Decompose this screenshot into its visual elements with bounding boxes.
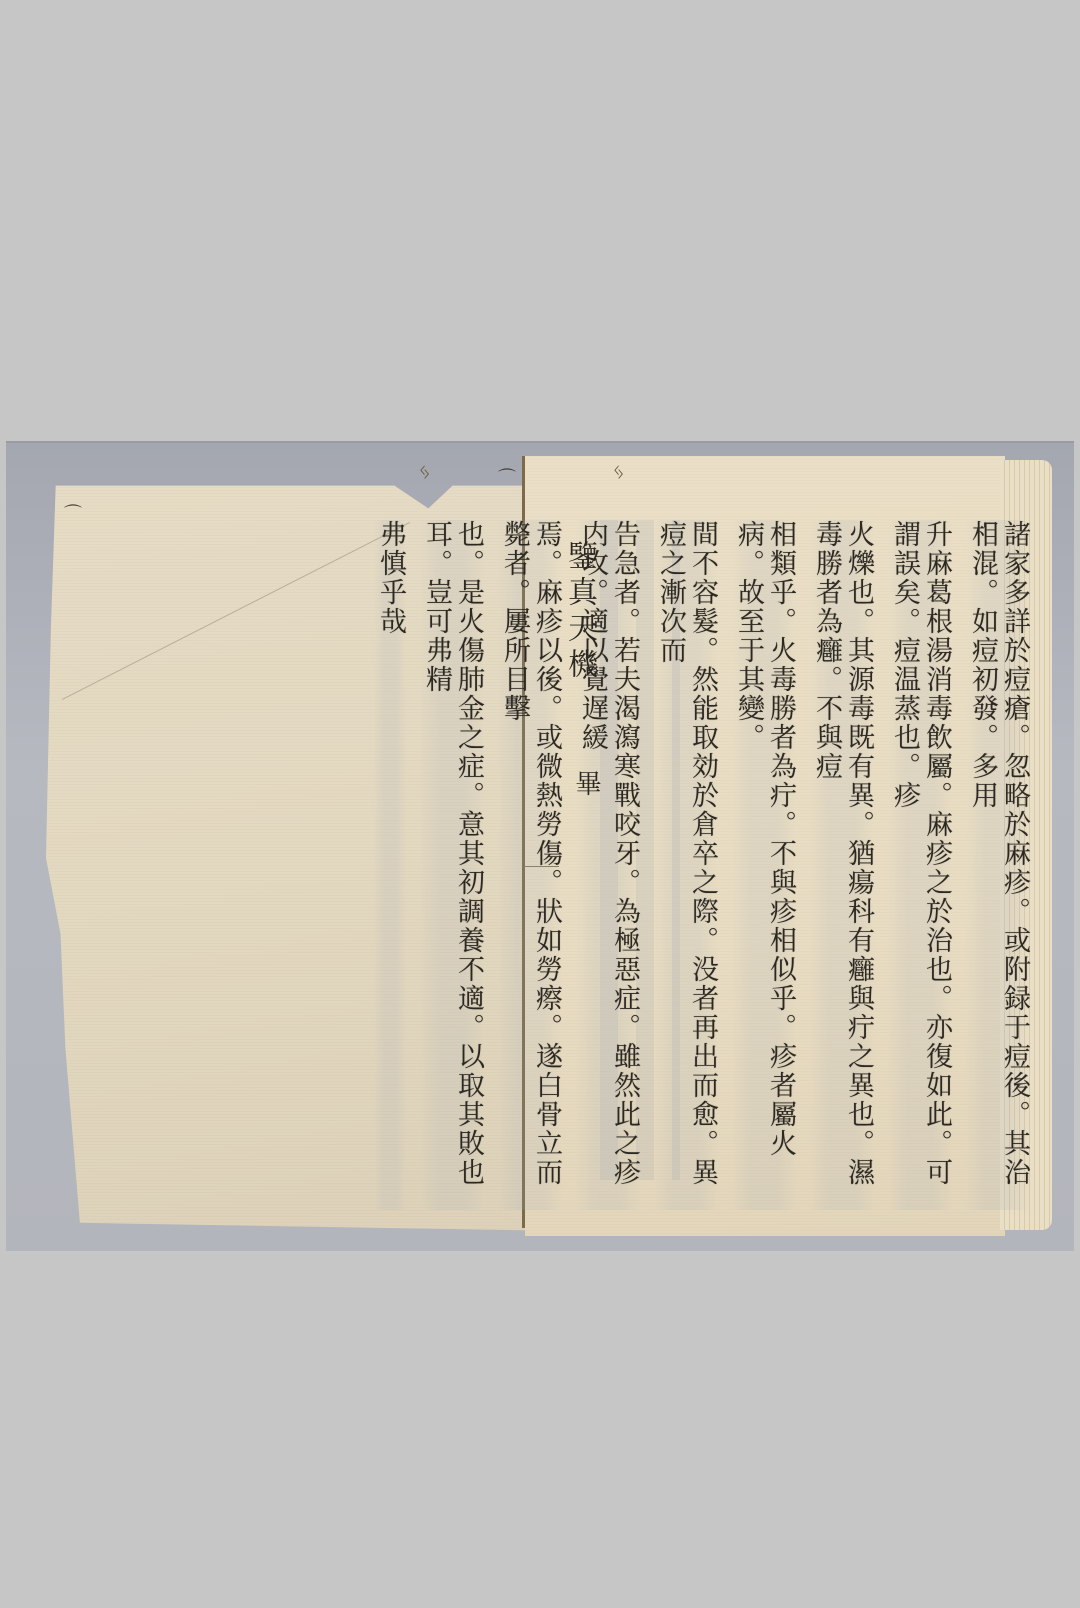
text-column: 相類乎。火毒勝者為疔。不與疹相似乎。疹者屬火病。故至于其變。 [732, 520, 796, 1210]
corner-mark-left: ⌒ [64, 500, 82, 526]
colophon-title: 鑒真天機 [557, 540, 601, 684]
binding-thread-left: ᛃ [418, 462, 431, 484]
corner-mark-center: ⌒ [498, 464, 516, 490]
manuscript-text: 諸家多詳於痘瘡。忽略於麻疹。或附録于痘後。其治相混。如痘初發。多用 升麻葛根湯消… [374, 520, 1030, 1210]
colophon-end-mark: 畢 [568, 770, 605, 796]
text-column: 火爍也。其源毒既有異。猶瘍科有癰與疔之異也。濕毒勝者為癰。不與痘 [810, 520, 874, 1210]
binding-thread-right: ᛃ [612, 462, 625, 484]
text-column: 焉。麻疹以後。或微熱勞傷。狀如勞瘵。遂白骨立而斃者。屢所目擊 [498, 520, 562, 1210]
text-column: 弗慎乎哉 [374, 520, 406, 1210]
text-column: 諸家多詳於痘瘡。忽略於麻疹。或附録于痘後。其治相混。如痘初發。多用 [966, 520, 1030, 1210]
text-column: 也。是火傷肺金之症。意其初調養不適。以取其敗也耳。豈可弗精 [420, 520, 484, 1210]
text-column: 升麻葛根湯消毒飲屬。麻疹之於治也。亦復如此。可謂誤矣。痘温蒸也。疹 [888, 520, 952, 1210]
text-column: 間不容髮。然能取効於倉卒之際。没者再出而愈。異痘之漸次而 [654, 520, 718, 1210]
